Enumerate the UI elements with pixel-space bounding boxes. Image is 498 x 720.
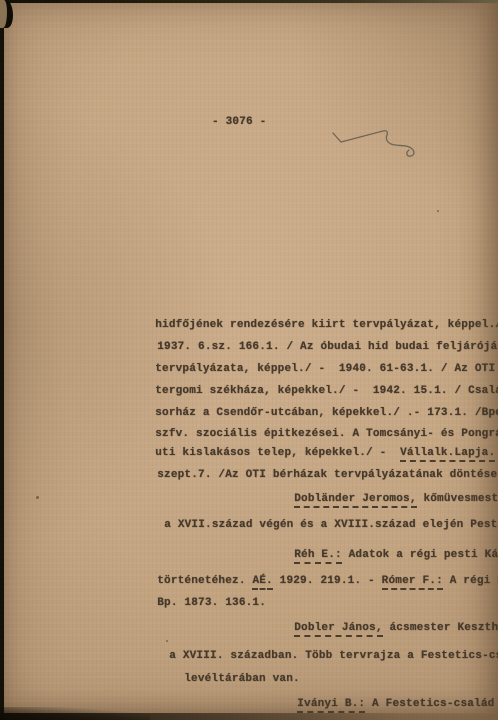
text-segment: Bp. 1873. 136.1.	[157, 597, 266, 609]
scan-edge-left	[0, 0, 4, 720]
underlined-person-name: Iványi B.:	[297, 698, 365, 713]
text-segment: a XVII.század végén és a XVIII.század el…	[164, 519, 498, 531]
underlined-person-name: Rómer F.:	[382, 575, 443, 590]
text-line: Iványi B.: A Festetics-család kes-	[270, 682, 498, 720]
text-line: Bp. 1873. 136.1.	[130, 581, 266, 626]
text-segment: ácsmester Keszthelyen	[383, 622, 498, 634]
pen-squiggle-mark	[326, 124, 426, 164]
page-number: - 3076 -	[212, 115, 266, 130]
scan-edge-bottom-shadow	[0, 707, 150, 720]
paper-speck	[36, 496, 39, 499]
text-segment: 1929. 219.1. -	[273, 575, 382, 587]
scan-edge-top	[0, 0, 498, 3]
text-segment: A Festetics-család kes-	[365, 698, 498, 710]
text-segment: A régi Pest.	[443, 575, 498, 587]
scanned-document-page: - 3076 - hidfőjének rendezésére kiirt te…	[0, 0, 498, 720]
paper-speck	[437, 210, 439, 212]
